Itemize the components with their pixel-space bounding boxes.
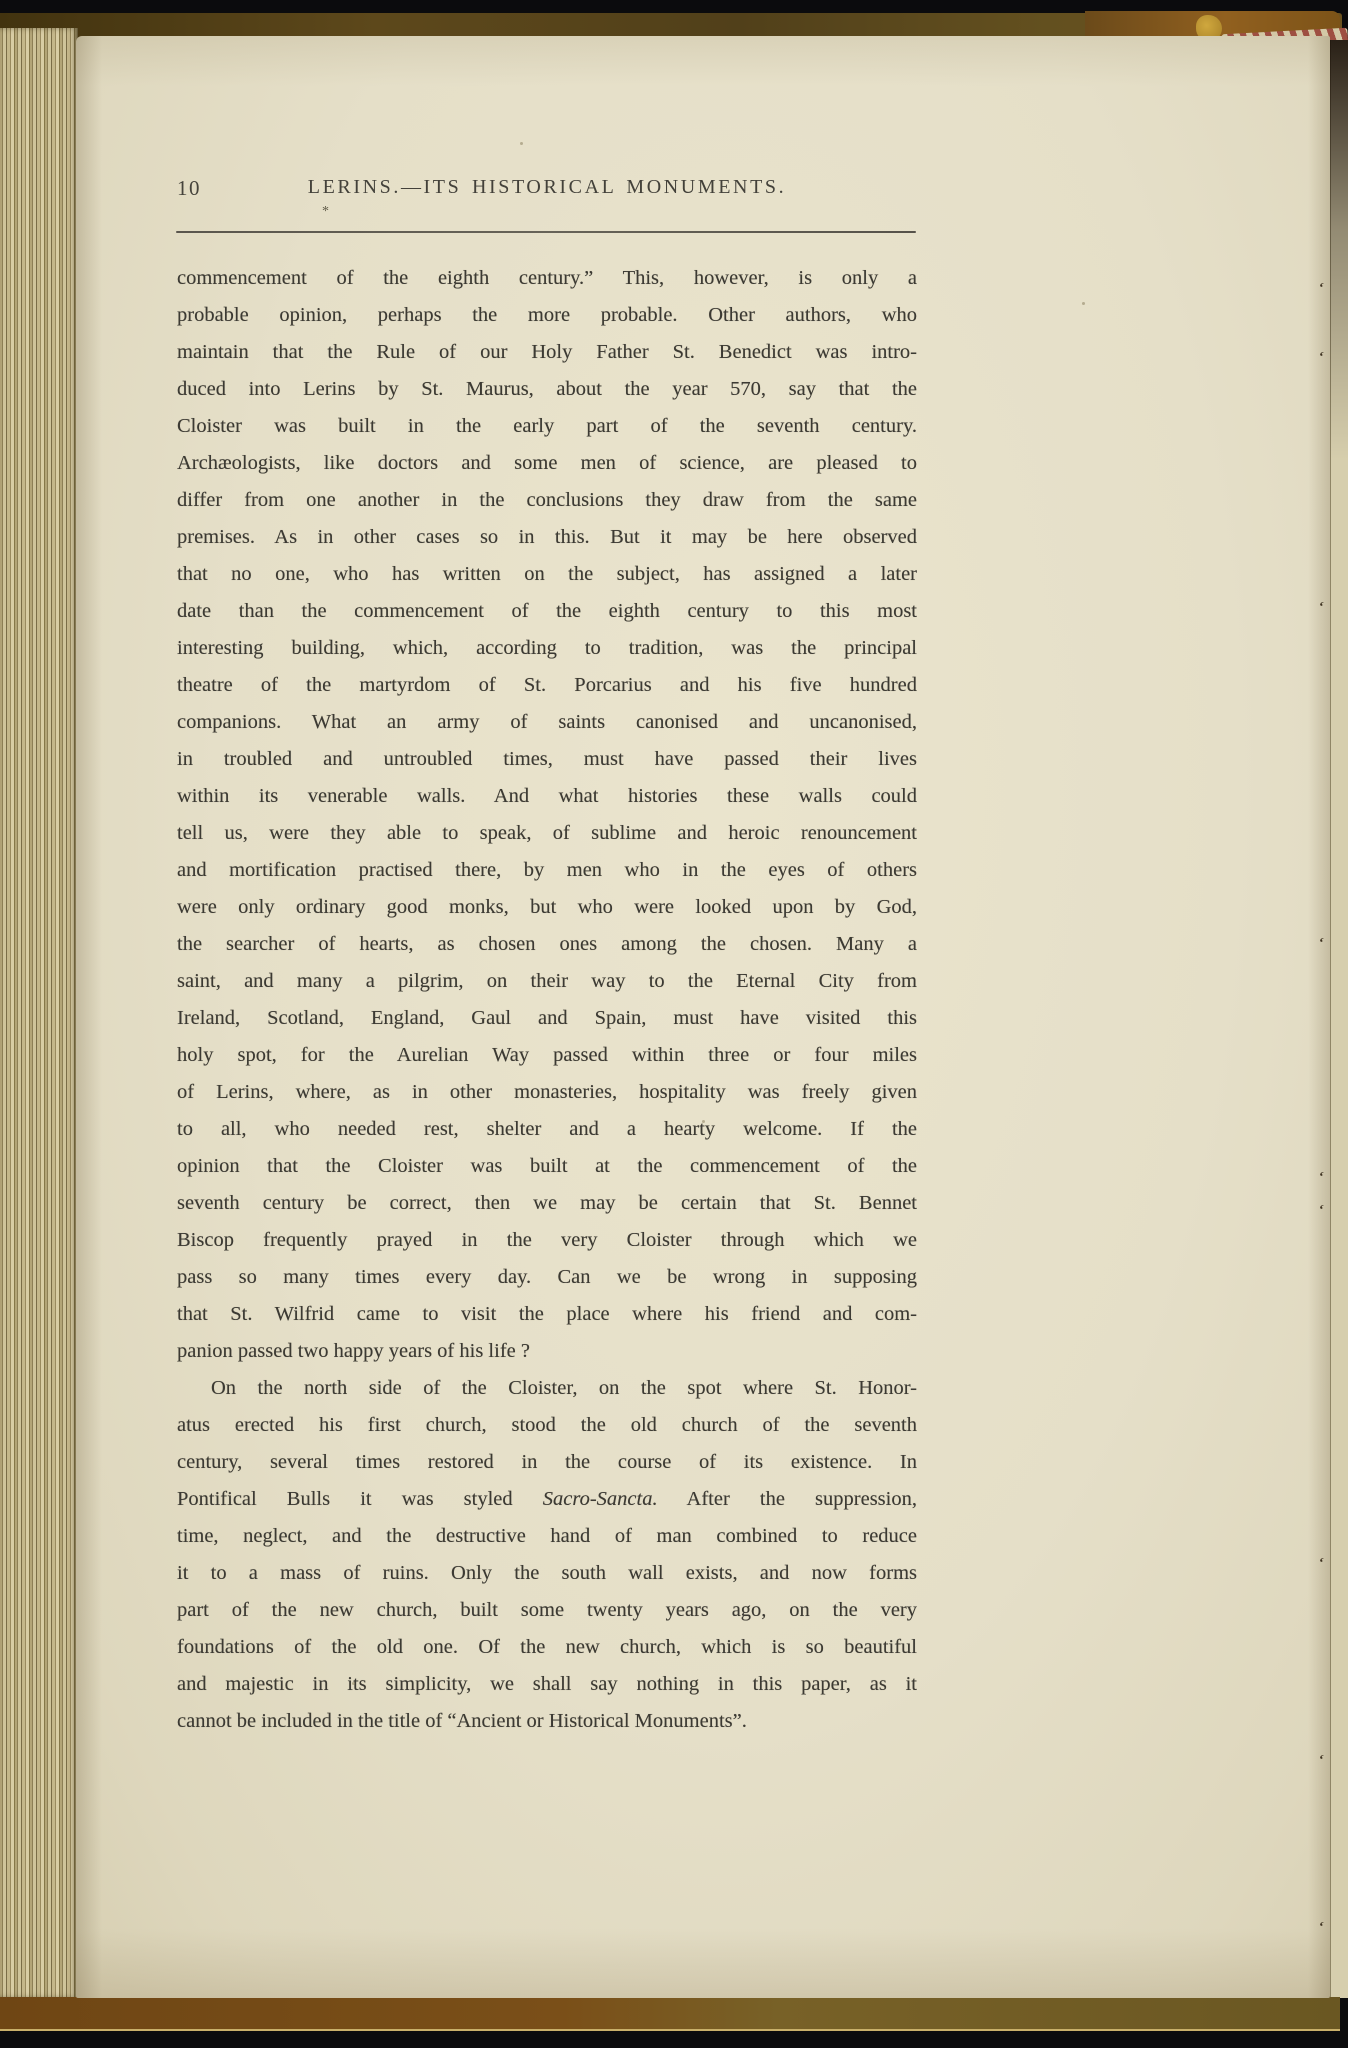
text-line-with-italic: Pontifical Bulls it was styled Sacro-San… xyxy=(177,1481,917,1518)
text-line: that St. Wilfrid came to visit the place… xyxy=(177,1296,917,1333)
text-line: it to a mass of ruins. Only the south wa… xyxy=(177,1555,917,1592)
paper-speck xyxy=(702,1120,705,1123)
text-line: and mortification practised there, by me… xyxy=(177,852,917,889)
text-line: interesting building, which, according t… xyxy=(177,630,917,667)
header-ornament: * xyxy=(322,204,329,220)
running-title: LERINS.—ITS HISTORICAL MONUMENTS. xyxy=(177,176,917,199)
page-stack-edge xyxy=(0,28,78,1998)
text-line: panion passed two happy years of his lif… xyxy=(177,1333,917,1370)
text-line: part of the new church, built some twent… xyxy=(177,1592,917,1629)
page-edge-nick: ʻ xyxy=(1317,1204,1336,1223)
header-rule xyxy=(176,231,916,233)
text-line: century, several times restored in the c… xyxy=(177,1444,917,1481)
text-line: Biscop frequently prayed in the very Clo… xyxy=(177,1222,917,1259)
text-line: probable opinion, perhaps the more proba… xyxy=(177,297,917,334)
page-edge-nick: ʻ xyxy=(1317,937,1336,956)
text-line: seventh century be correct, then we may … xyxy=(177,1185,917,1222)
text-line: were only ordinary good monks, but who w… xyxy=(177,889,917,926)
text-line: that no one, who has written on the subj… xyxy=(177,556,917,593)
paper-speck xyxy=(520,142,523,145)
book-cover-bottom-edge xyxy=(0,1997,1340,2031)
text-line: atus erected his first church, stood the… xyxy=(177,1407,917,1444)
page-edge-nick: ʻ xyxy=(1317,601,1336,620)
text-line: pass so many times every day. Can we be … xyxy=(177,1259,917,1296)
text-line: opinion that the Cloister was built at t… xyxy=(177,1148,917,1185)
text-segment: After the suppression, xyxy=(658,1488,917,1510)
text-line: saint, and many a pilgrim, on their way … xyxy=(177,963,917,1000)
text-line: date than the commencement of the eighth… xyxy=(177,593,917,630)
page-edge-nick: ʻ xyxy=(1317,1171,1336,1190)
text-line: Archæologists, like doctors and some men… xyxy=(177,445,917,482)
text-line: companions. What an army of saints canon… xyxy=(177,704,917,741)
page-edge-nick: ʻ xyxy=(1317,351,1336,370)
text-line: holy spot, for the Aurelian Way passed w… xyxy=(177,1037,917,1074)
text-line: cannot be included in the title of “Anci… xyxy=(177,1703,917,1740)
page-header: 10 LERINS.—ITS HISTORICAL MONUMENTS. xyxy=(177,176,917,206)
text-line: time, neglect, and the destructive hand … xyxy=(177,1518,917,1555)
text-block: commencement of the eighth century.” Thi… xyxy=(177,260,917,1740)
text-line: foundations of the old one. Of the new c… xyxy=(177,1629,917,1666)
fore-edge-shadow xyxy=(1330,40,1348,460)
text-line: to all, who needed rest, shelter and a h… xyxy=(177,1111,917,1148)
text-line: On the north side of the Cloister, on th… xyxy=(177,1370,917,1407)
text-line: the searcher of hearts, as chosen ones a… xyxy=(177,926,917,963)
paper-speck xyxy=(352,1682,355,1685)
page-edge-nick: ʻ xyxy=(1317,1557,1336,1576)
page-edge-nick: ʻ xyxy=(1317,282,1336,301)
text-line: differ from one another in the conclusio… xyxy=(177,482,917,519)
text-line: premises. As in other cases so in this. … xyxy=(177,519,917,556)
text-line: in troubled and untroubled times, must h… xyxy=(177,741,917,778)
text-line: commencement of the eighth century.” Thi… xyxy=(177,260,917,297)
text-line: duced into Lerins by St. Maurus, about t… xyxy=(177,371,917,408)
page-edge-nick: ʻ xyxy=(1317,1921,1336,1940)
italic-title-sacro-sancta: Sacro-Sancta. xyxy=(543,1488,658,1510)
text-line: within its venerable walls. And what his… xyxy=(177,778,917,815)
text-line: Ireland, Scotland, England, Gaul and Spa… xyxy=(177,1000,917,1037)
page-edge-nick: ʻ xyxy=(1317,1754,1336,1773)
paper-speck xyxy=(1082,302,1085,305)
text-line: tell us, were they able to speak, of sub… xyxy=(177,815,917,852)
text-line: of Lerins, where, as in other monasterie… xyxy=(177,1074,917,1111)
text-line: theatre of the martyrdom of St. Porcariu… xyxy=(177,667,917,704)
text-line: Cloister was built in the early part of … xyxy=(177,408,917,445)
text-line: maintain that the Rule of our Holy Fathe… xyxy=(177,334,917,371)
text-segment: Pontifical Bulls it was styled xyxy=(177,1488,543,1510)
text-line: and majestic in its simplicity, we shall… xyxy=(177,1666,917,1703)
